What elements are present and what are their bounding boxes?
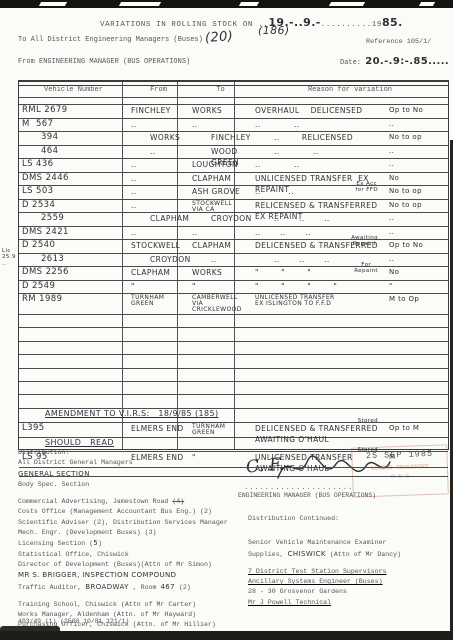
cell-from: .. xyxy=(128,119,189,132)
cell-from: " xyxy=(128,281,189,294)
table-row: AMENDMENT TO V.I.R.S: 18/9/85 (185) xyxy=(19,409,448,423)
distribution-text: Statistical Office, Chiswick xyxy=(18,551,129,558)
distribution-line: Traffic Auditor, BROADWAY , Room 467 (2) xyxy=(18,582,248,593)
amendment-note: SHOULD READ xyxy=(19,438,114,451)
cell-reason-note: Stored xyxy=(358,419,378,425)
cell-to: " xyxy=(189,281,252,294)
table-row: LS 503..ASH GROVE.. ..Ex Acc for FFDNo t… xyxy=(19,186,448,200)
table-row: SHOULD READ xyxy=(19,438,448,452)
distribution-text: (Attn of Mr Dancy) xyxy=(326,551,401,558)
reference-number: Reference 105/1/ xyxy=(366,38,431,46)
table-header-row: Vehicle NumberFromToReason for variation xyxy=(19,82,448,98)
distribution-text: Scientific Adviser (2), Distribution Ser… xyxy=(18,519,228,526)
cell-from: .. xyxy=(128,227,189,240)
cell-from: FINCHLEY xyxy=(128,105,189,118)
cell-to: ASH GROVE xyxy=(189,186,252,199)
cell-vehicle-number: DMS 2256 xyxy=(19,267,128,280)
distribution-text: , Room xyxy=(129,584,161,591)
distribution-text: (4) xyxy=(172,498,184,505)
cell-reason: UNLICENSED TRANSFER AWAITING O'HAULStore… xyxy=(252,452,386,467)
cell-to: TURNHAM GREEN xyxy=(189,423,252,438)
table-row: DMS 2256CLAPHAMWORKS" " "For RepaintNo xyxy=(19,267,448,281)
cell-to: CAMBERWELL VIA CRICKLEWOOD xyxy=(189,294,252,314)
distribution-text: (2) xyxy=(175,584,191,591)
cell-reason: .. .. .. xyxy=(271,213,386,226)
distribution-line: Statistical Office, Chiswick xyxy=(18,550,248,560)
cell-reason-note: Stored xyxy=(358,448,378,454)
cell-to: FINCHLEY xyxy=(208,132,271,145)
distribution-line: 7 District Test Station Supervisors xyxy=(248,567,448,577)
cell-licence-status: No xyxy=(386,267,448,280)
distribution-text: Distribution Continued: xyxy=(248,515,339,522)
cell-licence-status: No xyxy=(386,173,448,186)
cell-to: WORKS xyxy=(189,105,252,118)
table-row: D 2540STOCKWELLCLAPHAMDELICENSED & TRANS… xyxy=(19,240,448,254)
margin-annotation: Lic 25.9 xyxy=(2,249,16,261)
distribution-line: Supplies, CHISWICK (Attn of Mr Dancy) xyxy=(248,549,448,560)
distribution-line: Commercial Advertising, Jamestown Road (… xyxy=(18,497,248,507)
distribution-text: Costs Office (Management Accountant Bus … xyxy=(18,508,212,515)
distribution-text: Director of Development (Buses)(Attn of … xyxy=(18,561,212,568)
scan-bottom-edge xyxy=(0,631,453,640)
cell-vehicle-number: 394 xyxy=(19,132,147,145)
cell-from: .. xyxy=(128,159,189,172)
distribution-line: Scientific Adviser (2), Distribution Ser… xyxy=(18,518,248,528)
cell-licence-status: No to op xyxy=(386,132,448,145)
cell-reason: DELICENSED & TRANSFERRED AWAITING O'HAUL… xyxy=(252,423,386,438)
table-row: D 2534..STOCKWELL VIA CARELICENSED & TRA… xyxy=(19,200,448,214)
distribution-text: Traffic Auditor, xyxy=(18,584,85,591)
table-row xyxy=(19,395,448,408)
margin-annotation: .. xyxy=(2,262,6,268)
cell-vehicle-number: D 2534 xyxy=(19,200,128,213)
cell-vehicle-number: M 567 xyxy=(19,119,128,132)
table-row: 2559CLAPHAMCROYDON.. .. .... xyxy=(19,213,448,227)
date-handwritten: 20.-.9:-.85..... xyxy=(365,56,449,67)
table-row: 2613CROYDON.... .. .... xyxy=(19,254,448,268)
table-subheader-row xyxy=(19,98,448,105)
table-row xyxy=(19,315,448,328)
distribution-line: Director of Development (Buses)(Attn of … xyxy=(18,560,248,570)
cell-reason-note: For Repaint xyxy=(354,263,378,274)
distribution-text: Ancillary Systems Engineer (Buses) xyxy=(248,578,383,585)
cell-from: .. xyxy=(128,200,189,213)
cell-licence-status: .. xyxy=(386,146,448,159)
distribution-text: Mr J Powell Technical xyxy=(248,599,331,606)
cell-from: .. xyxy=(147,146,208,159)
distribution-text: Body Spec. Section xyxy=(18,481,89,488)
cell-to: STOCKWELL VIA CA xyxy=(189,200,252,213)
table-row: DMS 2421...... .. .... xyxy=(19,227,448,241)
cell-vehicle-number: DMS 2446 xyxy=(19,173,128,186)
cell-licence-status: .. xyxy=(386,159,448,172)
table-row xyxy=(19,382,448,395)
cell-reason-note: Ex Acc for FFD xyxy=(355,182,378,193)
cell-reason: RELICENSED & TRANSFERRED EX REPAINT xyxy=(252,200,386,213)
cell-to: WORKS xyxy=(189,267,252,280)
cell-from: ELMERS END xyxy=(128,423,189,438)
distribution-text: MR S. BRIGGER, INSPECTION COMPOUND xyxy=(18,571,176,579)
distribution-text: BROADWAY xyxy=(85,583,129,591)
distribution-text: 467 xyxy=(160,583,175,591)
cell-licence-status: M xyxy=(386,452,448,467)
sender-line: From ENGINEERING MANAGER (BUS OPERATIONS… xyxy=(18,58,190,66)
distribution-gap xyxy=(248,560,448,567)
scan-torn-edge xyxy=(0,0,453,8)
distribution-text: Mech. Engr. (Development Buses) (3) xyxy=(18,529,157,536)
cell-from: ELMERS END xyxy=(128,452,189,467)
distribution-line: Training School, Chiswick (Attn of Mr Ca… xyxy=(18,600,248,610)
document-title: VARIATIONS IN ROLLING STOCK ON ..19.-..9… xyxy=(100,16,403,29)
cell-to: .. xyxy=(189,119,252,132)
cell-reason: .. RELICENSED xyxy=(271,132,386,145)
distribution-list-right: Distribution Continued:Senior Vehicle Ma… xyxy=(248,514,448,608)
table-row: RML 2679FINCHLEYWORKSOVERHAUL DELICENSED… xyxy=(19,105,448,119)
column-header: Vehicle Number xyxy=(19,86,128,94)
cell-reason: .. .. xyxy=(252,159,386,172)
column-header: From xyxy=(128,86,189,94)
column-header: To xyxy=(189,86,252,94)
distribution-line: Mech. Engr. (Development Buses) (3) xyxy=(18,528,248,538)
cell-reason: UNLICENSED TRANSFER EX ISLINGTON TO F.F.… xyxy=(252,294,386,314)
distribution-text: Supplies, xyxy=(248,551,288,558)
column-header: Reason for variation xyxy=(252,86,448,94)
distribution-text: 7 District Test Station Supervisors xyxy=(248,568,387,575)
cell-vehicle-number: L395 xyxy=(19,423,128,438)
cell-licence-status: .. xyxy=(386,254,448,267)
table-row xyxy=(19,468,448,478)
cell-licence-status: M to Op xyxy=(386,294,448,314)
distribution-gap xyxy=(18,490,248,497)
cell-licence-status: No to op xyxy=(386,200,448,213)
cell-licence-status: .. xyxy=(386,119,448,132)
cell-vehicle-number: D 2540 xyxy=(19,240,128,253)
cell-vehicle-number: 464 xyxy=(19,146,147,159)
cell-reason: .. .. xyxy=(252,119,386,132)
cell-from: CROYDON xyxy=(147,254,208,267)
cell-from: STOCKWELL xyxy=(128,240,189,253)
cell-to: WOOD GREEN xyxy=(208,146,271,159)
table-row: M 567...... .... xyxy=(19,119,448,133)
table-row: 394WORKSFINCHLEY.. RELICENSEDNo to op xyxy=(19,132,448,146)
distribution-gap xyxy=(248,524,448,531)
amendment-note: AMENDMENT TO V.I.R.S: 18/9/85 (185) xyxy=(19,409,218,422)
cell-reason: OVERHAUL DELICENSED xyxy=(252,105,386,118)
scanned-document: VARIATIONS IN ROLLING STOCK ON ..19.-..9… xyxy=(0,0,453,640)
distribution-text: Commercial Advertising, Jamestown Road xyxy=(18,498,172,505)
table-row xyxy=(19,355,448,368)
table-row: D 2549""" " " "" xyxy=(19,281,448,295)
cell-licence-status: .. xyxy=(386,213,448,226)
cell-vehicle-number: DMS 2421 xyxy=(19,227,128,240)
cell-licence-status: Op to No xyxy=(386,105,448,118)
issue-number-handwritten: (186) xyxy=(258,24,290,37)
cell-reason: DELICENSED & TRANSFERREDAwaiting Repaint xyxy=(252,240,386,253)
distribution-line: Costs Office (Management Accountant Bus … xyxy=(18,507,248,517)
cell-to: LOUGHTON xyxy=(189,159,252,172)
cell-from: CLAPHAM xyxy=(128,267,189,280)
cell-to: CLAPHAM xyxy=(189,173,252,186)
cell-licence-status: No to op xyxy=(386,186,448,199)
cell-vehicle-number: 2559 xyxy=(19,213,147,226)
form-print-code: 403/49 (1) (2500 10/81 121/1) xyxy=(18,618,129,625)
variation-table: Vehicle NumberFromToReason for variation… xyxy=(18,80,449,450)
cell-licence-status: " xyxy=(386,281,448,294)
distribution-line: Licensing Section (5) xyxy=(18,538,248,549)
cell-to: " xyxy=(189,452,252,467)
distribution-line: Mr J Powell Technical xyxy=(248,598,448,608)
cell-reason: .. .. xyxy=(271,146,386,159)
cell-vehicle-number: D 2549 xyxy=(19,281,128,294)
table-row: DMS 2446..CLAPHAMUNLICENSED TRANSFER EX … xyxy=(19,173,448,187)
cell-vehicle-number: RM 1989 xyxy=(19,294,128,314)
date-line: Date: 20.-.9:-.85..... xyxy=(340,56,449,67)
cell-licence-status: Op to M xyxy=(386,423,448,438)
table-row: RM 1989TURNHAM GREENCAMBERWELL VIA CRICK… xyxy=(19,294,448,315)
cell-vehicle-number: RML 2679 xyxy=(19,105,128,118)
distribution-gap xyxy=(18,593,248,600)
table-row xyxy=(19,328,448,341)
table-row xyxy=(19,342,448,355)
distribution-text: Licensing Section ( xyxy=(18,540,93,547)
table-row: 464..WOOD GREEN.. .... xyxy=(19,146,448,160)
cell-reason: .. ..Ex Acc for FFD xyxy=(252,186,386,199)
distribution-text: Training School, Chiswick (Attn of Mr Ca… xyxy=(18,601,196,608)
cell-from: WORKS xyxy=(147,132,208,145)
cell-reason: " " "For Repaint xyxy=(252,267,386,280)
cell-vehicle-number: LS 436 xyxy=(19,159,128,172)
cell-licence-status: .. xyxy=(386,227,448,240)
distribution-line: Ancillary Systems Engineer (Buses) xyxy=(248,577,448,587)
signature-dotted-line: ..................... xyxy=(244,484,353,492)
copies-count-handwritten: (20) xyxy=(205,29,234,46)
distribution-line: MR S. BRIGGER, INSPECTION COMPOUND xyxy=(18,570,248,581)
distribution-gap xyxy=(248,531,448,538)
cell-vehicle-number: 2613 xyxy=(19,254,147,267)
cell-to: .. xyxy=(208,254,271,267)
distribution-line: 28 - 30 Grosvenor Gardens xyxy=(248,587,448,597)
cell-vehicle-number: LS 95 xyxy=(19,452,128,467)
distribution-text: ) xyxy=(98,540,102,547)
distribution-line: Distribution Continued: xyxy=(248,514,448,524)
table-row: L395ELMERS ENDTURNHAM GREENDELICENSED & … xyxy=(19,423,448,439)
cell-from: CLAPHAM xyxy=(147,213,208,226)
distribution-line: Body Spec. Section xyxy=(18,480,248,490)
cell-to: CROYDON xyxy=(208,213,271,226)
cell-to: CLAPHAM xyxy=(189,240,252,253)
distribution-line: Senior Vehicle Maintenance Examiner xyxy=(248,538,448,548)
cell-from: .. xyxy=(128,173,189,186)
table-row: LS 95ELMERS END"UNLICENSED TRANSFER AWAI… xyxy=(19,452,448,468)
cell-to: .. xyxy=(189,227,252,240)
distribution-text: 28 - 30 Grosvenor Gardens xyxy=(248,588,347,595)
table-row: LS 436..LOUGHTON.. .... xyxy=(19,159,448,173)
cell-reason-note: Awaiting Repaint xyxy=(351,236,378,247)
cell-vehicle-number: LS 503 xyxy=(19,186,128,199)
cell-licence-status: Op to No xyxy=(386,240,448,253)
cell-from: .. xyxy=(128,186,189,199)
distribution-text: CHISWICK xyxy=(288,550,326,558)
table-row xyxy=(19,369,448,382)
distribution-text: Senior Vehicle Maintenance Examiner xyxy=(248,539,387,546)
title-year-handwritten: 85. xyxy=(382,16,403,29)
addressee-line: To All District Engineering Managers (Bu… xyxy=(18,36,203,44)
cell-from: TURNHAM GREEN xyxy=(128,294,189,314)
cell-reason: " " " " xyxy=(252,281,386,294)
